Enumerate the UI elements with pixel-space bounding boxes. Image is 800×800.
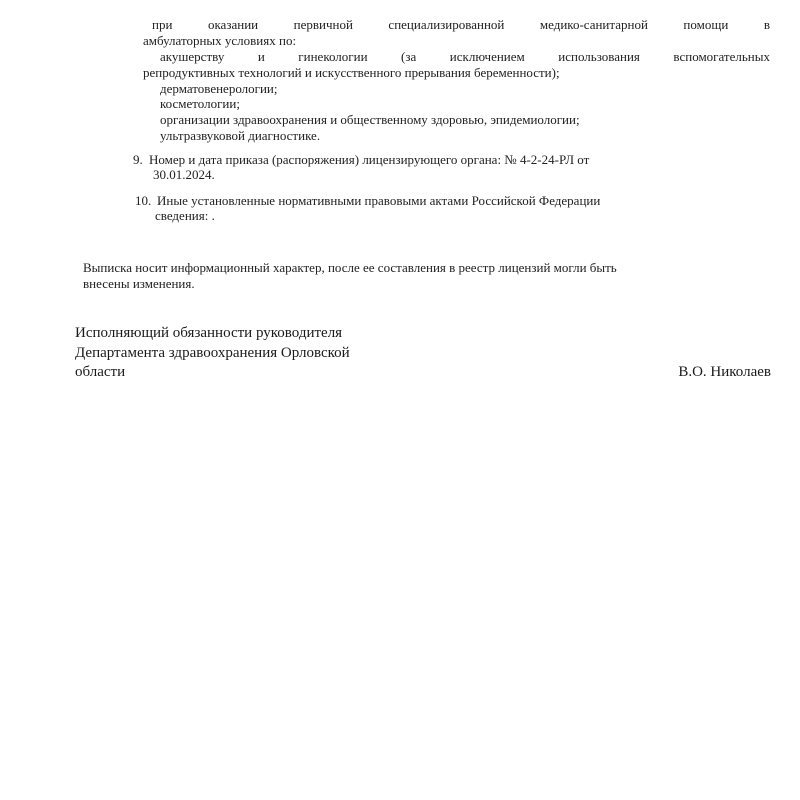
item-9-line-2: 30.01.2024.	[153, 167, 215, 183]
signatory-name: В.О. Николаев	[678, 363, 771, 382]
service-item-ultrasound: ультразвуковой диагностике.	[160, 128, 320, 144]
services-intro-line-1: при оказании первичной специализированно…	[152, 17, 770, 33]
service-item-dermatovenereology: дерматовенерологии;	[160, 81, 278, 97]
signatory-title-line-3: области	[75, 363, 125, 382]
item-10-line-1: Иные установленные нормативными правовым…	[157, 193, 600, 209]
item-9-line-1: Номер и дата приказа (распоряжения) лице…	[149, 152, 589, 168]
services-intro-line-2: амбулаторных условиях по:	[143, 33, 296, 49]
signatory-title-line-2: Департамента здравоохранения Орловской	[75, 344, 350, 363]
service-item-cosmetology: косметологии;	[160, 96, 240, 112]
disclaimer-line-2: внесены изменения.	[83, 276, 195, 292]
document-page: при оказании первичной специализированно…	[0, 0, 800, 800]
service-item-obstetrics-line-1: акушерству и гинекологии (за исключением…	[160, 49, 770, 65]
item-9-number: 9.	[133, 152, 143, 168]
service-item-obstetrics-line-2: репродуктивных технологий и искусственно…	[143, 65, 560, 81]
item-10-line-2: сведения: .	[155, 208, 215, 224]
service-item-health-organization: организации здравоохранения и общественн…	[160, 112, 580, 128]
disclaimer-line-1: Выписка носит информационный характер, п…	[83, 260, 617, 276]
item-10-number: 10.	[135, 193, 151, 209]
signatory-title-line-1: Исполняющий обязанности руководителя	[75, 324, 342, 343]
